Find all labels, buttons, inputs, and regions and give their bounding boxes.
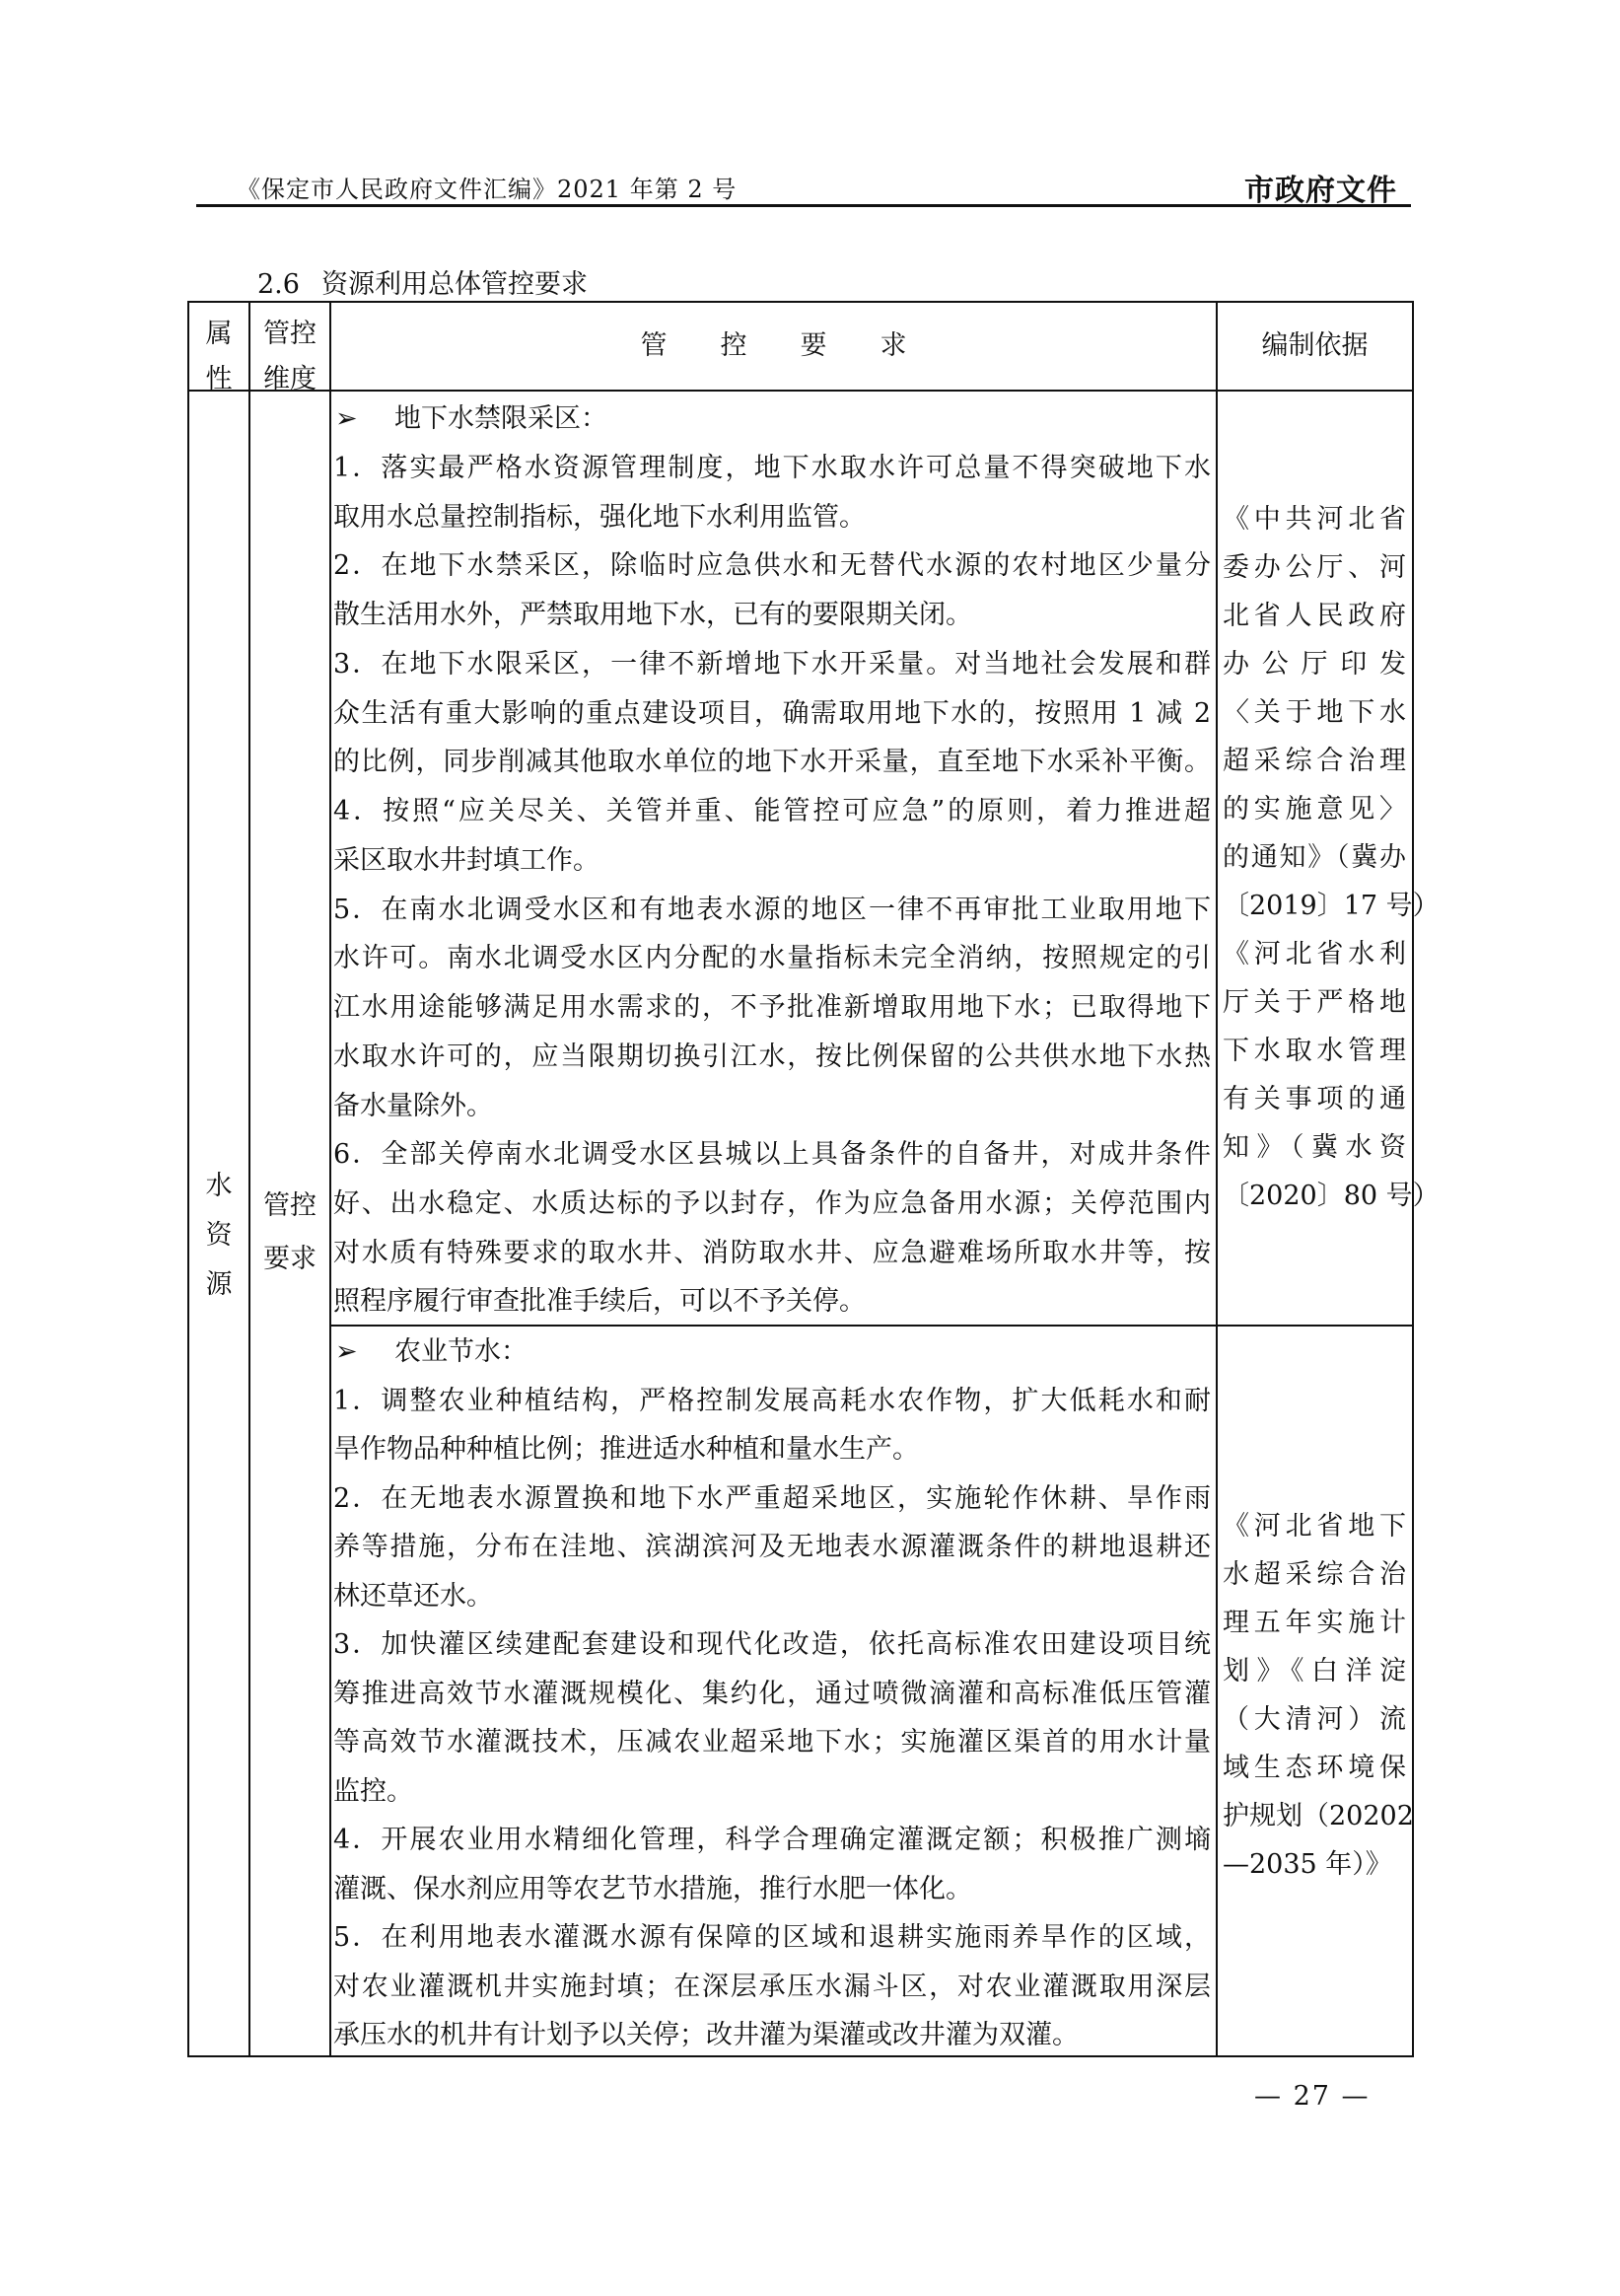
requirement-line: 3．在地下水限采区，一律不新增地下水开采量。对当地社会发展和群 [333,648,1211,682]
requirement-line: 2．在无地表水源置换和地下水严重超采地区，实施轮作休耕、旱作雨 [333,1482,1211,1516]
requirement-line: 江水用途能够满足用水需求的，不予批准新增取用地下水；已取得地下 [333,991,1211,1025]
section-title: 资源利用总体管控要求 [321,269,588,300]
requirement-line: 好、出水稳定、水质达标的予以封存，作为应急备用水源；关停范围内 [333,1187,1211,1221]
requirement-line: 备水量除外。 [333,1090,1211,1123]
col-header-attribute: 属 性 [189,312,248,402]
basis-line: 知》（冀水资 [1223,1131,1406,1165]
requirement-line: 的比例，同步削减其他取水单位的地下水开采量，直至地下水采补平衡。 [333,746,1211,779]
requirement-line: 取用水总量控制指标，强化地下水利用监管。 [333,501,1211,535]
basis-line: 委办公厅、河 [1223,551,1406,585]
requirement-line: 筹推进高效节水灌溉规模化、集约化，通过喷微滴灌和高标准低压管灌 [333,1678,1211,1711]
basis-line: 的实施意见〉 [1223,793,1406,826]
requirement-line: 4．按照“应关尽关、关管并重、能管控可应急”的原则，着力推进超 [333,795,1211,828]
row-attribute-water-resources: 水 资 源 [189,1162,248,1310]
page-number: — 27 — [1254,2081,1371,2112]
requirement-line: 水许可。南水北调受水区内分配的水量指标未完全消纳，按照规定的引 [333,942,1211,975]
basis-line: 《中共河北省 [1223,503,1406,537]
requirement-line: 4．开展农业用水精细化管理，科学合理确定灌溉定额；积极推广测墒 [333,1824,1211,1857]
basis-line: 有关事项的通 [1223,1083,1406,1116]
table-bottom-border [187,2055,1414,2057]
requirement-line: 监控。 [333,1775,1211,1809]
section-heading: 2.6资源利用总体管控要求 [257,262,588,301]
arrow-bullet-icon: ➢ [335,1335,394,1369]
basis-line: 〔2020〕80 号） [1223,1180,1406,1213]
basis-line: 划》《白洋淀 [1223,1655,1406,1688]
requirement-line: 水取水许可的，应当限期切换引江水，按比例保留的公共供水地下水热 [333,1040,1211,1074]
col-divider-2 [329,301,331,2057]
requirement-line: 5．在利用地表水灌溉水源有保障的区域和退耕实施雨养旱作的区域， [333,1921,1211,1955]
table-top-border [187,301,1414,303]
basis-line: 的通知》（冀办 [1223,841,1406,875]
requirement-line: 林还草还水。 [333,1580,1211,1614]
arrow-bullet-icon: ➢ [335,402,394,436]
requirement-line: 对农业灌溉机井实施封填；在深层承压水漏斗区，对农业灌溉取用深层 [333,1971,1211,2004]
basis-line: —2035 年）》 [1223,1848,1406,1882]
basis-line: 水超采综合治 [1223,1558,1406,1592]
requirement-line: 散生活用水外，严禁取用地下水，已有的要限期关闭。 [333,599,1211,632]
basis-line: 域生态环境保 [1223,1752,1406,1785]
requirement-line: 1．调整农业种植结构，严格控制发展高耗水农作物，扩大低耗水和耐 [333,1385,1211,1418]
requirement-line: 6．全部关停南水北调受水区县城以上具备条件的自备井，对成井条件 [333,1138,1211,1172]
requirement-line: 2．在地下水禁采区，除临时应急供水和无替代水源的农村地区少量分 [333,549,1211,583]
basis-line: 《河北省地下 [1223,1510,1406,1543]
requirement-line: 等高效节水灌溉技术，压减农业超采地下水；实施灌区渠首的用水计量 [333,1726,1211,1759]
header-row-border [187,390,1414,392]
col-divider-3 [1216,301,1218,2057]
requirement-line: 照程序履行审查批准手续后，可以不予关停。 [333,1285,1211,1319]
header-rule [196,204,1411,207]
requirement-line: 1．落实最严格水资源管理制度，地下水取水许可总量不得突破地下水 [333,452,1211,485]
section-tag: 市政府文件 [1244,166,1397,209]
col-header-basis: 编制依据 [1218,331,1412,361]
group-divider [329,1325,1414,1327]
col-header-dimension: 管控 维度 [250,312,329,402]
col-header-requirements: 管 控 要 求 [331,331,1216,361]
basis-line: 《河北省水利 [1223,938,1406,971]
running-title: 《保定市人民政府文件汇编》2021 年第 2 号 [237,170,737,204]
group-title: ➢农业节水： [335,1335,528,1369]
requirement-line: 众生活有重大影响的重点建设项目，确需取用地下水的，按照用 1 减 2 [333,697,1211,731]
requirement-line: 旱作物品种种植比例；推进适水种植和量水生产。 [333,1433,1211,1467]
basis-line: 超采综合治理 [1223,745,1406,778]
basis-line: 办 公 厅 印 发 [1223,648,1406,682]
basis-line: 〈关于地下水 [1223,696,1406,730]
requirement-line: 采区取水井封填工作。 [333,844,1211,878]
requirement-line: 对水质有特殊要求的取水井、消防取水井、应急避难场所取水井等，按 [333,1237,1211,1270]
requirement-line: 5．在南水北调受水区和有地表水源的地区一律不再审批工业取用地下 [333,894,1211,927]
section-number: 2.6 [257,269,300,300]
basis-line: （大清河）流 [1223,1703,1406,1737]
requirement-line: 承压水的机井有计划予以关停；改井灌为渠灌或改井灌为双灌。 [333,2019,1211,2052]
basis-line: 下水取水管理 [1223,1035,1406,1068]
table-right-border [1412,301,1414,2057]
basis-line: 北省人民政府 [1223,600,1406,633]
requirement-line: 3．加快灌区续建配套建设和现代化改造，依托高标准农田建设项目统 [333,1628,1211,1662]
basis-line: 护规划（20202 [1223,1800,1406,1833]
basis-line: 理五年实施计 [1223,1607,1406,1640]
group-title: ➢地下水禁限采区： [335,402,607,436]
basis-line: 厅关于严格地 [1223,986,1406,1020]
requirement-line: 灌溉、保水剂应用等农艺节水措施，推行水肥一体化。 [333,1873,1211,1906]
row-dimension-control-requirements: 管控 要求 [250,1180,329,1286]
basis-line: 〔2019〕17 号） [1223,890,1406,923]
requirement-line: 养等措施，分布在洼地、滨湖滨河及无地表水源灌溉条件的耕地退耕还 [333,1531,1211,1564]
